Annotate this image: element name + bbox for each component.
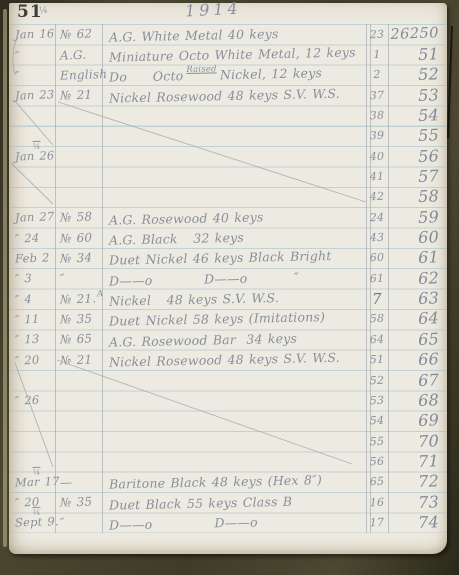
row-quantity: 2 <box>366 68 388 82</box>
ledger-row: Jan 23№ 21Nickel Rosewood 48 keys S.V. W… <box>9 85 447 105</box>
row-description <box>102 194 366 200</box>
row-serial: 74 <box>388 512 448 533</box>
row-description: Baritone Black 48 keys (Hex 8″) <box>102 471 366 492</box>
page-number-mark: ¼ <box>38 5 48 16</box>
ledger-row: ″ 20№ 21Nickel Rosewood 48 keys S.V. W.S… <box>9 350 447 370</box>
row-date: ″ 4 <box>9 291 55 307</box>
row-description: Nickel Rosewood 48 keys S.V. W.S. <box>102 85 366 106</box>
row-description <box>102 133 366 139</box>
ledger-row: Jan 27№ 58A.G. Rosewood 40 keys2459 <box>9 207 447 227</box>
ledger-row: ″EnglishDo OctoRaisedNickel, 12 keys252 <box>9 65 447 85</box>
row-date <box>9 115 55 117</box>
row-number <box>55 420 102 422</box>
row-number: ″ <box>55 515 102 531</box>
row-description: A.G. Rosewood 40 keys <box>102 207 366 228</box>
row-number: ″ <box>55 270 102 286</box>
row-quantity: 65 <box>366 475 388 489</box>
row-quantity: 39 <box>366 129 388 143</box>
row-description <box>102 174 366 180</box>
row-serial: 52 <box>388 64 448 85</box>
ledger-row: 4258 <box>9 187 447 207</box>
row-date: ″ 20 <box>9 352 55 368</box>
ledger-row: Sept 9.¼″D——o D——o1774 <box>9 512 447 532</box>
row-quantity: 53 <box>366 393 388 407</box>
row-serial: 59 <box>388 207 448 228</box>
row-description <box>102 377 366 383</box>
row-quantity: 61 <box>366 271 388 285</box>
ledger-row: ″ 4№ 21.ANickel 48 keys S.V. W.S.763 <box>9 288 447 308</box>
row-serial: 66 <box>388 349 448 370</box>
row-description: Duet Nickel 58 keys (Imitations) <box>102 309 366 330</box>
row-quantity: 24 <box>366 210 388 224</box>
ledger-row: ″ 13№ 65A.G. Rosewood Bar 34 keys6465 <box>9 329 447 349</box>
row-date <box>9 420 55 422</box>
row-date: ″ <box>9 47 55 63</box>
date-correction-mark: ¼ <box>33 508 41 517</box>
row-number: № 60 <box>55 230 102 246</box>
row-date: ″ 11 <box>9 311 55 327</box>
ledger-row: Feb 2№ 34Duet Nickel 46 keys Black Brigh… <box>9 248 447 268</box>
row-serial: 57 <box>388 166 448 187</box>
row-serial: 70 <box>388 431 448 452</box>
row-number: № 35 <box>55 311 102 327</box>
row-date: Mar 17¼ <box>9 474 55 490</box>
row-serial: 71 <box>388 451 448 472</box>
row-quantity: 54 <box>366 414 388 428</box>
ledger-row: 5469 <box>9 411 447 431</box>
row-quantity: 17 <box>366 516 388 530</box>
row-quantity: 40 <box>366 149 388 163</box>
row-quantity: 16 <box>366 495 388 509</box>
row-date <box>9 440 55 442</box>
row-serial: 65 <box>388 329 448 350</box>
row-date: Jan 23 <box>9 87 55 103</box>
row-number: № 21.A <box>55 291 102 307</box>
row-quantity: 64 <box>366 332 388 346</box>
row-serial: 69 <box>388 410 448 431</box>
row-description <box>102 113 366 119</box>
ledger-row: 3955 <box>9 126 447 146</box>
row-serial: 67 <box>388 369 448 390</box>
ledger-row: 5570 <box>9 431 447 451</box>
row-serial: 26250 <box>388 25 448 43</box>
row-number <box>55 400 102 402</box>
row-date: Jan 16 <box>9 26 55 42</box>
row-number: № 34 <box>55 250 102 266</box>
row-number <box>55 155 102 157</box>
row-description: A.G. Black 32 keys <box>102 227 366 248</box>
row-description <box>102 459 366 465</box>
row-number <box>55 135 102 137</box>
row-quantity: 55 <box>366 434 388 448</box>
row-date: ″ 24 <box>9 230 55 246</box>
row-serial: 53 <box>388 85 448 106</box>
row-serial: 68 <box>388 390 448 411</box>
row-number <box>55 461 102 463</box>
row-number: № 35 <box>55 494 102 510</box>
row-date <box>9 135 55 137</box>
inserted-word: Raised <box>186 65 217 76</box>
row-description: A.G. Rosewood Bar 34 keys <box>102 329 366 350</box>
row-number: A.G. <box>55 47 102 63</box>
row-date: Feb 2 <box>9 250 55 266</box>
ledger-row: ″ 11№ 35Duet Nickel 58 keys (Imitations)… <box>9 309 447 329</box>
row-quantity: 43 <box>366 231 388 245</box>
row-quantity: 42 <box>366 190 388 204</box>
row-date <box>9 196 55 198</box>
row-serial: 56 <box>388 146 448 167</box>
ledger-row: 3854 <box>9 105 447 125</box>
row-number: English <box>55 67 102 83</box>
row-description: Miniature Octo White Metal, 12 keys <box>102 44 366 65</box>
row-serial: 54 <box>388 105 448 126</box>
row-date <box>9 461 55 463</box>
ledger-row: 4157 <box>9 166 447 186</box>
row-date: Jan 27 <box>9 209 55 225</box>
row-number: — <box>55 474 102 490</box>
row-description: Duet Nickel 46 keys Black Bright <box>102 248 366 269</box>
ledger-row: ″ 24№ 60A.G. Black 32 keys4360 <box>9 227 447 247</box>
row-number: № 21 <box>55 352 102 368</box>
row-serial: 51 <box>388 44 448 65</box>
row-date: Jan 26¼ <box>9 148 55 164</box>
row-description: A.G. White Metal 40 keys <box>102 24 366 45</box>
row-description: Nickel Rosewood 48 keys S.V. W.S. <box>102 349 366 370</box>
row-serial: 58 <box>388 186 448 207</box>
row-date <box>9 176 55 178</box>
page-edge-shadow <box>447 26 453 138</box>
row-serial: 63 <box>388 288 448 309</box>
row-quantity: 38 <box>366 109 388 123</box>
ledger-row: ″A.G.Miniature Octo White Metal, 12 keys… <box>9 44 447 64</box>
row-serial: 62 <box>388 268 448 289</box>
row-serial: 64 <box>388 308 448 329</box>
row-description <box>102 153 366 159</box>
row-serial: 72 <box>388 471 448 492</box>
ledger-row: Jan 26¼4056 <box>9 146 447 166</box>
row-number <box>55 115 102 117</box>
row-quantity: 52 <box>366 373 388 387</box>
row-quantity: 51 <box>366 353 388 367</box>
row-number <box>55 196 102 198</box>
row-description <box>102 438 366 444</box>
row-quantity: 56 <box>366 455 388 469</box>
ledger-row: ″ 20№ 35Duet Black 55 keys Class B1673 <box>9 492 447 512</box>
row-quantity: 1 <box>366 48 388 62</box>
row-number: № 62 <box>55 26 102 42</box>
scanned-ledger-page: 51 ¼ 1914 Jan 16№ 62A.G. White Metal 40 … <box>0 0 459 575</box>
ledger-rows: Jan 16№ 62A.G. White Metal 40 keys232625… <box>9 24 447 533</box>
ledger-page: 51 ¼ 1914 Jan 16№ 62A.G. White Metal 40 … <box>9 3 447 554</box>
ledger-row: Jan 16№ 62A.G. White Metal 40 keys232625… <box>9 24 447 44</box>
row-date: ″ 26 <box>9 393 55 409</box>
ledger-row: ″ 265368 <box>9 390 447 410</box>
row-serial: 60 <box>388 227 448 248</box>
row-date: ″ <box>9 67 55 83</box>
page-binding-edge <box>3 9 7 547</box>
ledger-row: 5267 <box>9 370 447 390</box>
row-description: D——o D——o ″ <box>102 268 366 289</box>
row-quantity: 58 <box>366 312 388 326</box>
row-description <box>102 418 366 424</box>
ledger-row: Mar 17¼—Baritone Black 48 keys (Hex 8″)6… <box>9 472 447 492</box>
row-number <box>55 379 102 381</box>
row-description <box>102 398 366 404</box>
year-heading: 1914 <box>185 0 243 20</box>
row-number <box>55 440 102 442</box>
row-date: ″ 13 <box>9 332 55 348</box>
row-quantity: 7 <box>366 289 389 308</box>
row-quantity: 60 <box>366 251 388 265</box>
row-number <box>55 176 102 178</box>
row-quantity: 23 <box>366 27 388 41</box>
row-serial: 61 <box>388 247 448 268</box>
row-number: № 58 <box>55 209 102 225</box>
row-description: Duet Black 55 keys Class B <box>102 492 366 513</box>
ledger-row: ″ 3″D——o D——o ″6162 <box>9 268 447 288</box>
row-description: Do OctoRaisedNickel, 12 keys <box>102 65 366 86</box>
row-number: № 65 <box>55 332 102 348</box>
row-description: D——o D——o <box>102 512 366 533</box>
date-correction-mark: ¼ <box>33 142 41 151</box>
row-quantity: 41 <box>366 170 388 184</box>
ledger-row: 5671 <box>9 451 447 471</box>
row-date: Sept 9.¼ <box>9 515 55 531</box>
row-date <box>9 379 55 381</box>
row-number: № 21 <box>55 87 102 103</box>
row-serial: 55 <box>388 125 448 146</box>
row-quantity: 37 <box>366 88 388 102</box>
row-serial: 73 <box>388 492 448 513</box>
date-correction-mark: ¼ <box>33 467 41 476</box>
row-date: ″ 3 <box>9 270 55 286</box>
row-description: Nickel 48 keys S.V. W.S. <box>102 288 366 309</box>
